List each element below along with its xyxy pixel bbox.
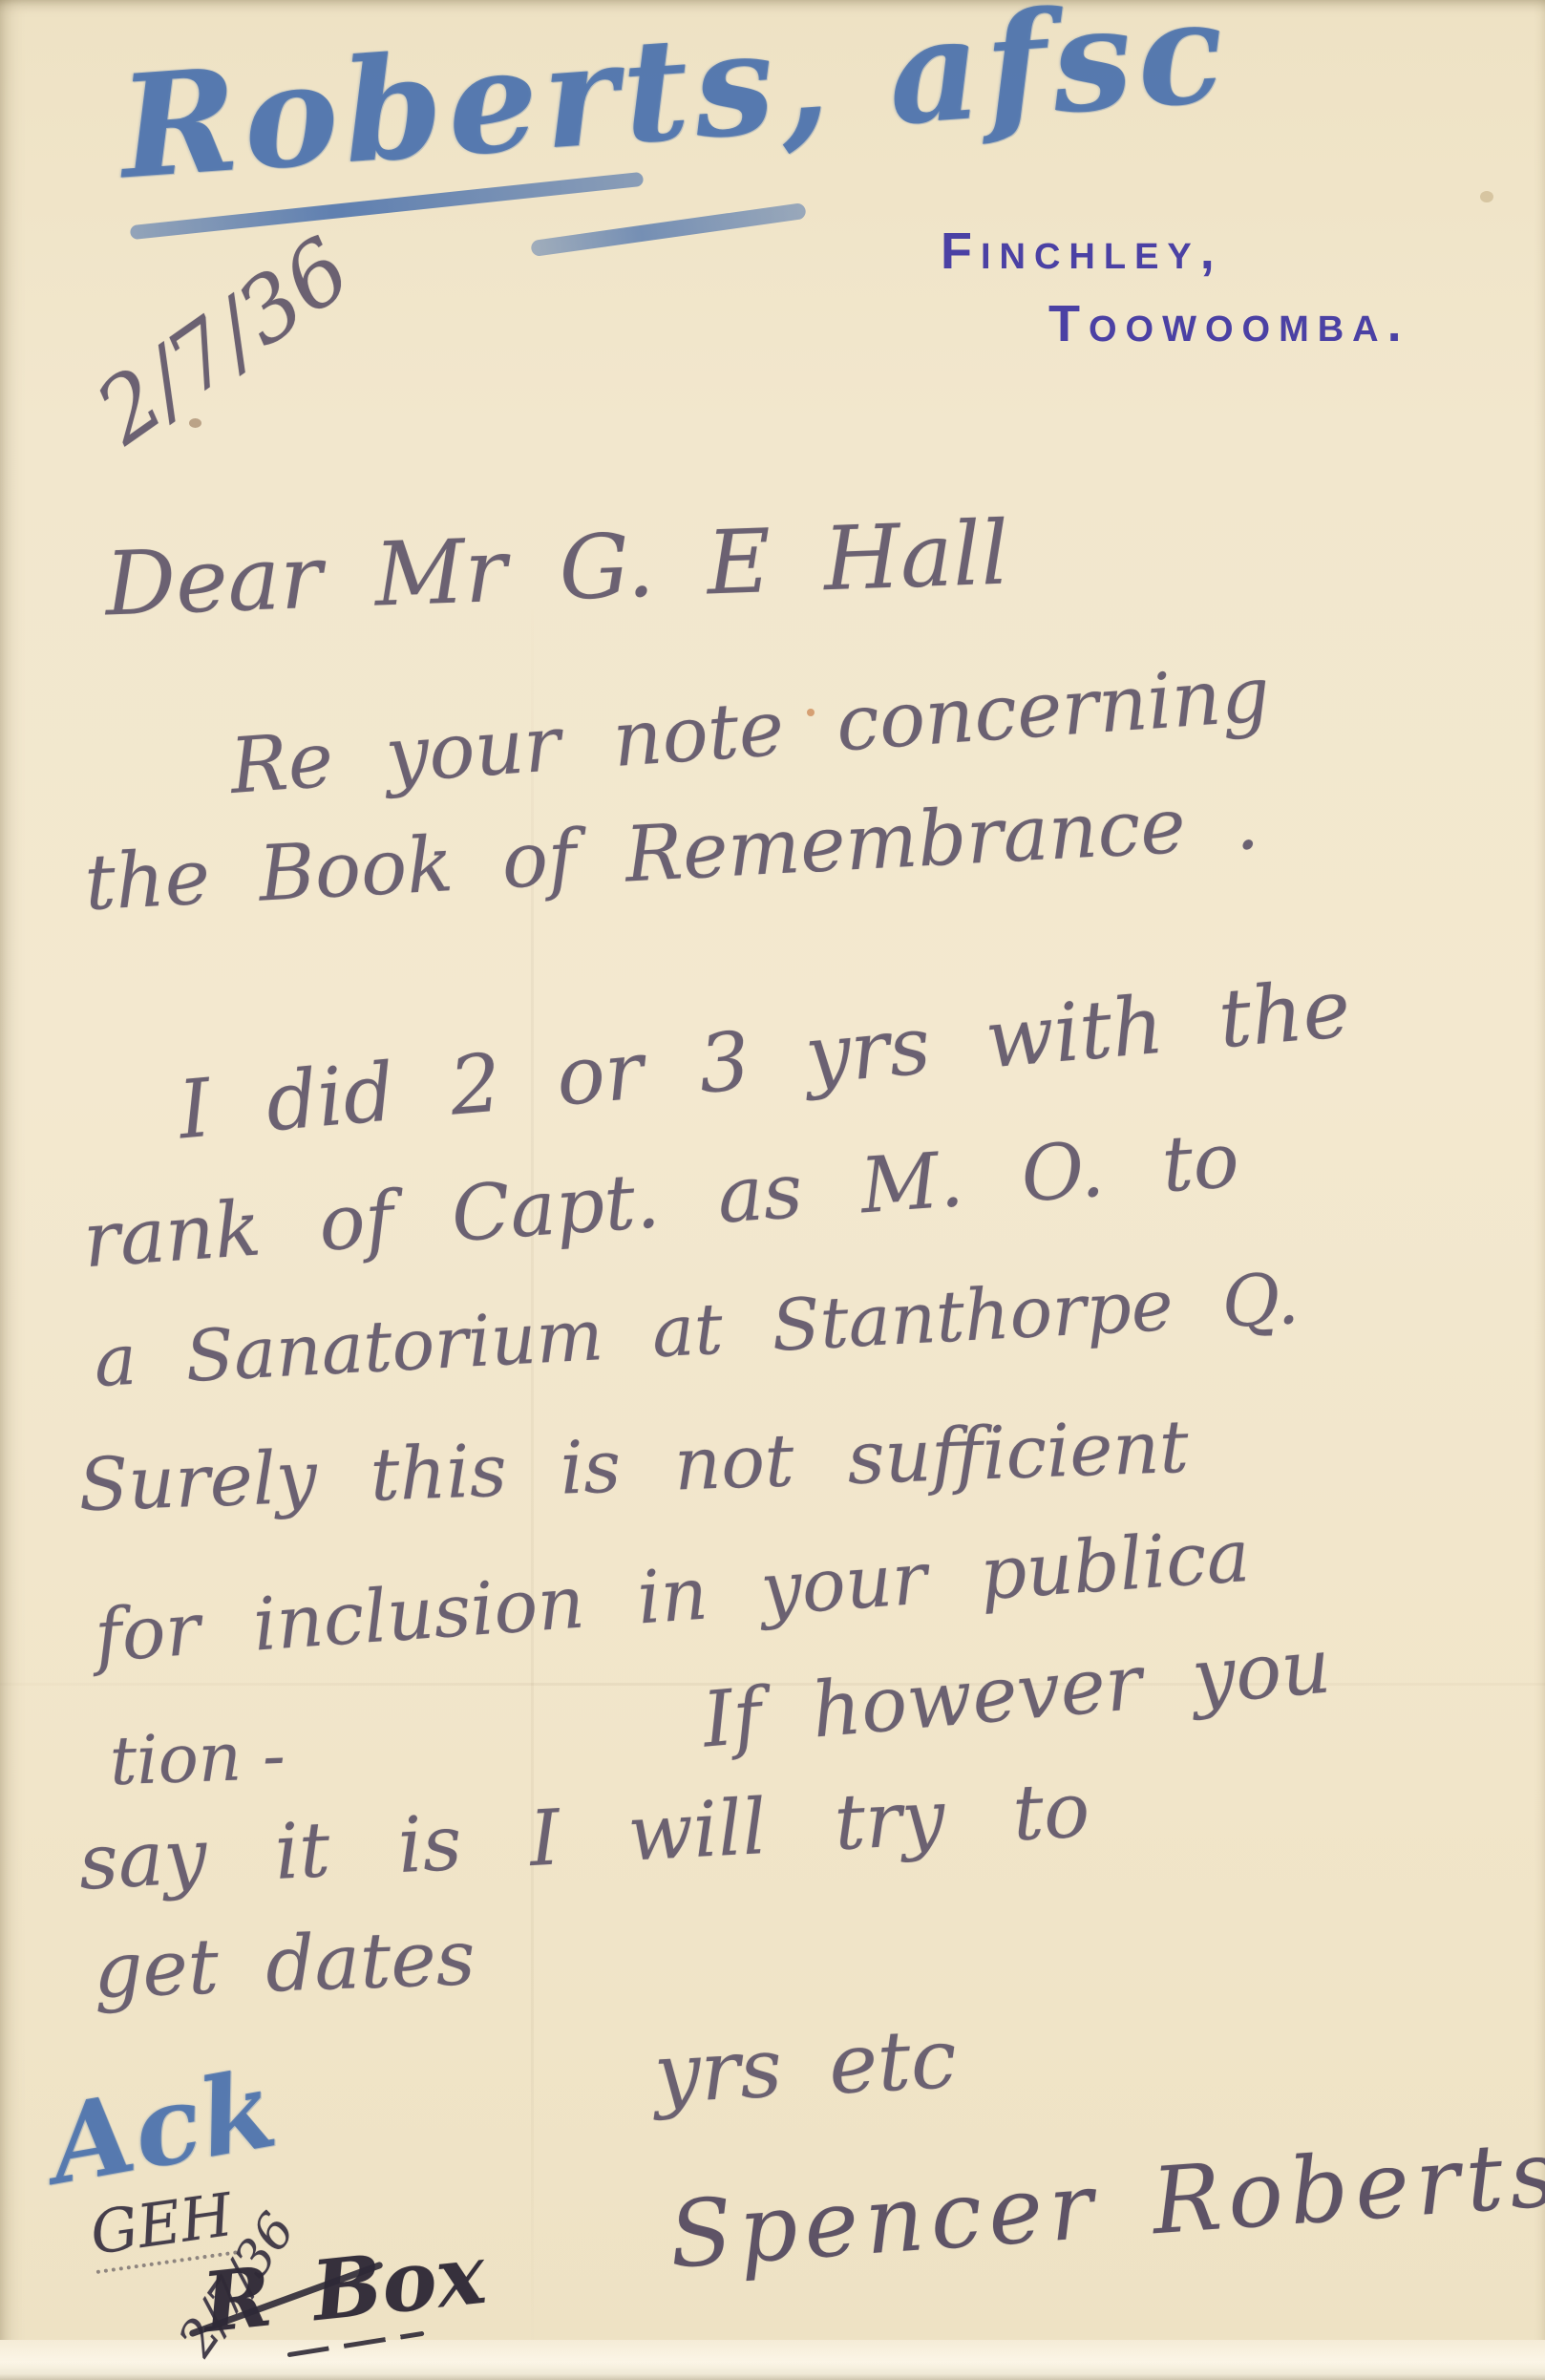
crayon-underline xyxy=(530,202,807,257)
letterhead-place: Finchley, xyxy=(941,222,1223,281)
archival-date-annotation: 2/7/36 xyxy=(78,218,369,463)
letter-line: If however you xyxy=(699,1621,1334,1764)
letterhead-town: Toowoomba. xyxy=(1048,294,1410,353)
letter-page: Roberts, afsc 2/7/36 Finchley, Toowoomba… xyxy=(0,0,1545,2380)
paper-spot xyxy=(1480,191,1493,202)
ack-annotation: Ack xyxy=(40,2046,286,2208)
archival-name-annotation: Roberts, afsc xyxy=(115,0,1234,210)
closing: yrs etc xyxy=(652,2011,960,2122)
letter-line: tion - xyxy=(109,1716,286,1800)
letter-line: get dates xyxy=(92,1913,476,2015)
letter-line: Surely this is not sufficient xyxy=(77,1404,1190,1528)
letter-line: a Sanatorium at Stanthorpe Q. xyxy=(93,1258,1302,1403)
signature: Spencer Roberts xyxy=(666,2119,1545,2288)
salutation: Dear Mr G. E Hall xyxy=(103,502,1010,636)
